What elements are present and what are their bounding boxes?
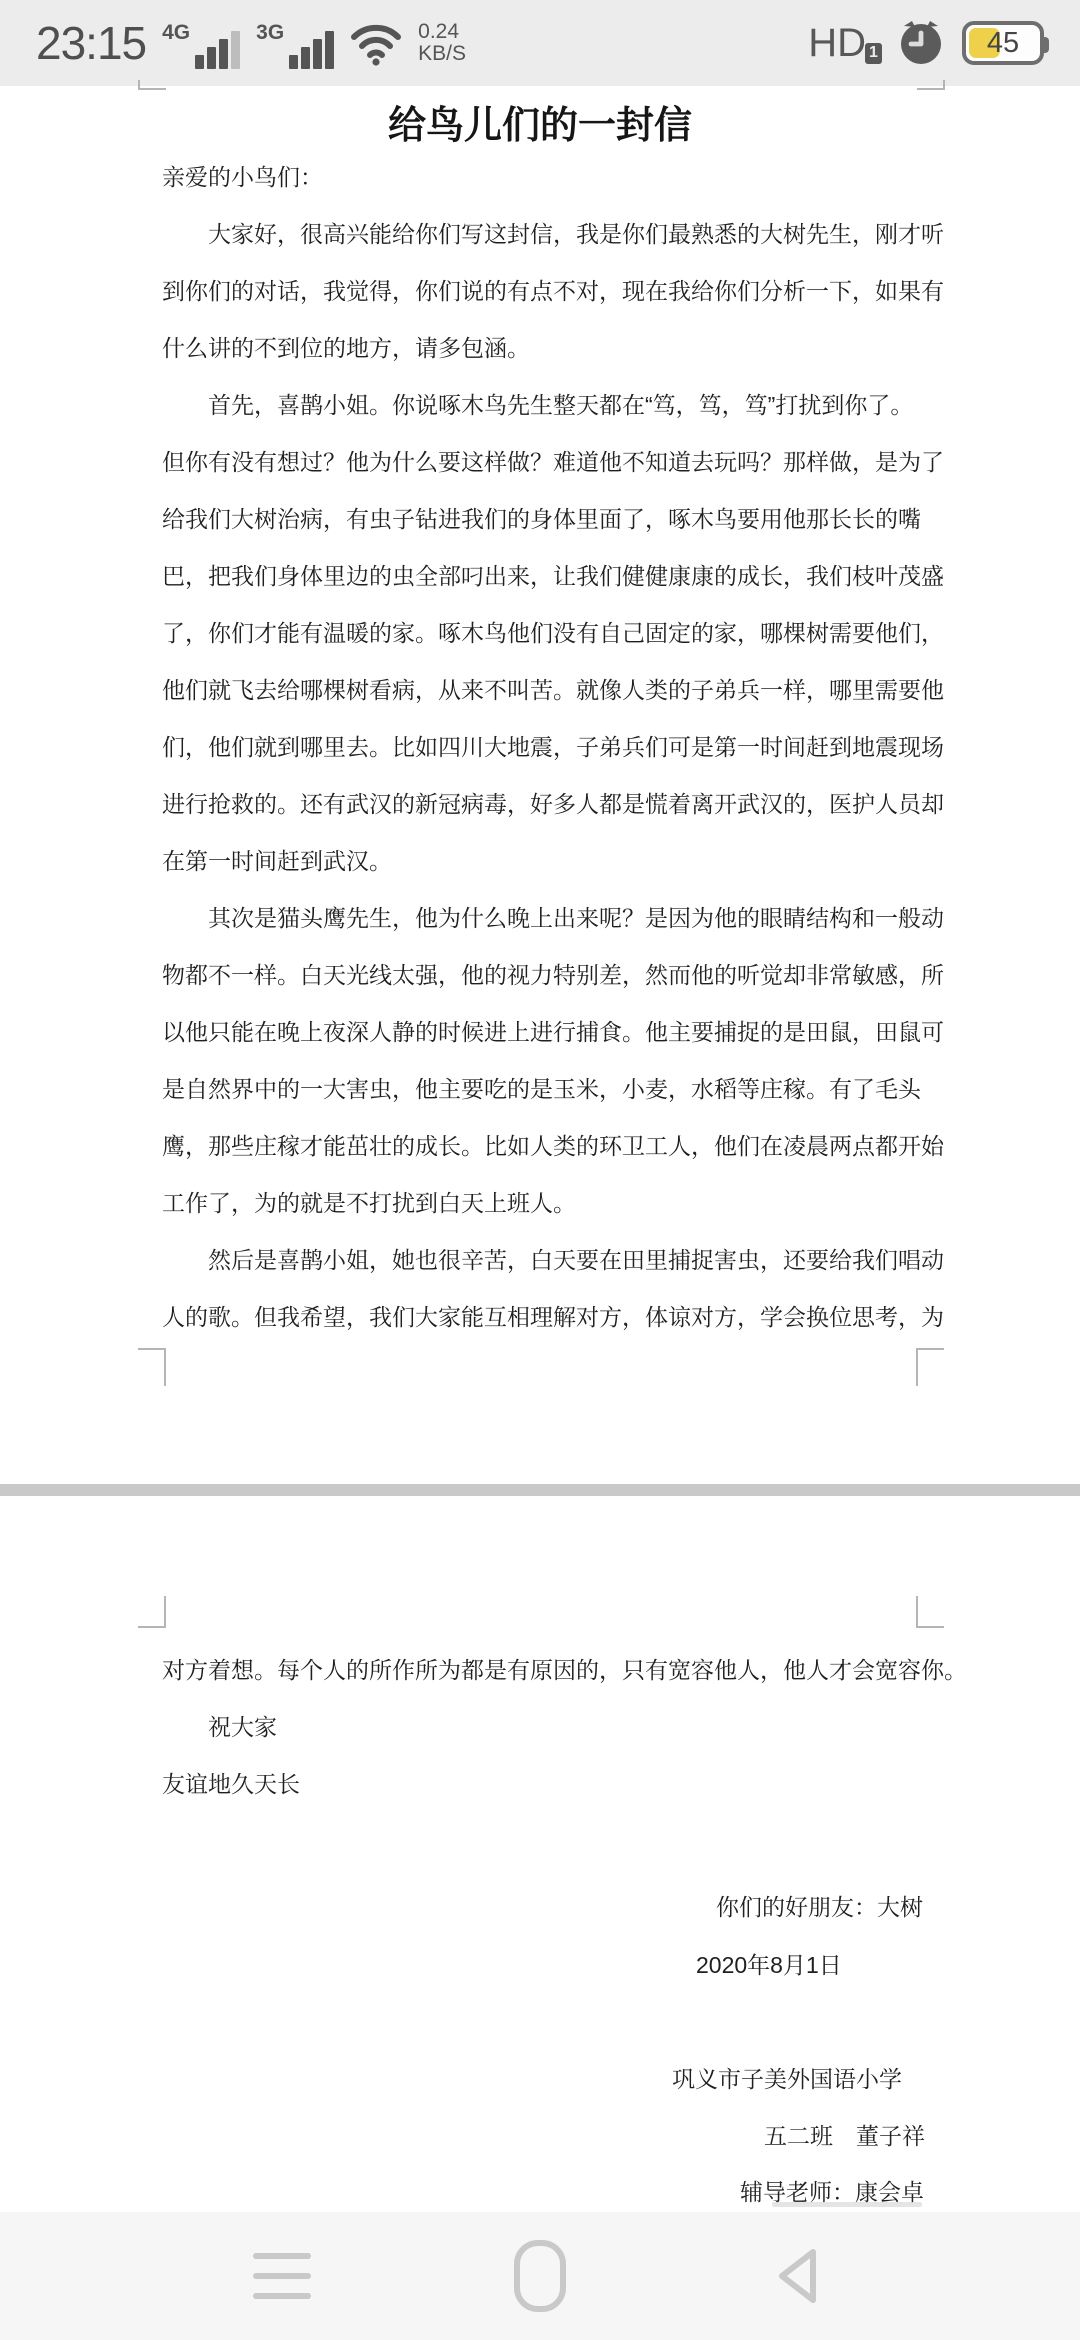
letter-text-line: 其次是猫头鹰先生，他为什么晚上出来呢？是因为他的眼睛结构和一般动 bbox=[162, 888, 982, 945]
back-icon bbox=[773, 2247, 823, 2305]
letter-text-line: 到你们的对话，我觉得，你们说的有点不对，现在我给你们分析一下，如果有 bbox=[162, 261, 982, 318]
page1-bottom-right-margin-mark bbox=[916, 1348, 944, 1386]
letter-text-line: 人的歌。但我希望，我们大家能互相理解对方，体谅对方，学会换位思考，为 bbox=[162, 1287, 982, 1344]
status-bar: 23:15 4G 3G bbox=[0, 0, 1080, 86]
sim2-network-type-label: 3G bbox=[256, 21, 284, 45]
battery-indicator: 45 bbox=[962, 21, 1044, 65]
wifi-icon bbox=[350, 19, 402, 67]
letter-text-line: 大家好，很高兴能给你们写这封信，我是你们最熟悉的大树先生，刚才听 bbox=[162, 204, 982, 261]
sim1-signal-icon: 4G bbox=[162, 17, 240, 69]
menu-icon bbox=[253, 2253, 311, 2299]
letter-text-line: 了，你们才能有温暖的家。啄木鸟他们没有自己固定的家，哪棵树需要他们， bbox=[162, 603, 982, 660]
letter-text-line: 什么讲的不到位的地方，请多包涵。 bbox=[162, 318, 982, 375]
letter-text-line: 然后是喜鹊小姐，她也很辛苦，白天要在田里捕捉害虫，还要给我们唱动 bbox=[162, 1230, 982, 1287]
letter-text-line: 巴，把我们身体里边的虫全部叼出来，让我们健健康康的成长，我们枝叶茂盛 bbox=[162, 546, 982, 603]
signature-school-line: 巩义市子美外国语小学 bbox=[672, 2049, 902, 2106]
volte-sim-badge: 1 bbox=[865, 43, 882, 64]
letter-text-line: 进行抢救的。还有武汉的新冠病毒，好多人都是慌着离开武汉的，医护人员却 bbox=[162, 774, 982, 831]
menu-button[interactable] bbox=[202, 2212, 362, 2340]
signature-friend-line: 你们的好朋友：大树 bbox=[716, 1877, 923, 1934]
home-icon bbox=[514, 2240, 566, 2312]
letter-text-line: 首先，喜鹊小姐。你说啄木鸟先生整天都在“笃，笃，笃”打扰到你了。 bbox=[162, 375, 982, 432]
home-button[interactable] bbox=[460, 2212, 620, 2340]
page1-top-left-margin-mark bbox=[138, 80, 166, 90]
signature-class-student-line: 五二班 董子祥 bbox=[764, 2106, 925, 2163]
page1-bottom-left-margin-mark bbox=[138, 1348, 166, 1386]
clipped-text-sliver bbox=[772, 2202, 922, 2207]
back-button[interactable] bbox=[718, 2212, 878, 2340]
page-break-divider bbox=[0, 1484, 1080, 1496]
signature-teacher-line: 辅导老师：康会卓 bbox=[740, 2162, 924, 2219]
volte-hd-icon: HD 1 bbox=[808, 21, 880, 66]
alarm-clock-icon bbox=[896, 18, 946, 68]
sim2-signal-icon: 3G bbox=[256, 17, 334, 69]
letter-text-line: 以他只能在晚上夜深人静的时候进上进行捕食。他主要捕捉的是田鼠，田鼠可 bbox=[162, 1002, 982, 1059]
letter-text-line: 对方着想。每个人的所作所为都是有原因的，只有宽容他人，他人才会宽容你。 bbox=[162, 1640, 982, 1697]
battery-percent-label: 45 bbox=[987, 27, 1019, 60]
letter-text-line: 给我们大树治病，有虫子钻进我们的身体里面了，啄木鸟要用他那长长的嘴 bbox=[162, 489, 982, 546]
letter-title: 给鸟儿们的一封信 bbox=[0, 94, 1080, 149]
page1-text: 亲爱的小鸟们： 大家好，很高兴能给你们写这封信，我是你们最熟悉的大树先生，刚才听… bbox=[162, 147, 982, 1344]
letter-text-line: 他们就飞去给哪棵树看病，从来不叫苦。就像人类的子弟兵一样，哪里需要他 bbox=[162, 660, 982, 717]
network-speed: 0.24 KB/S bbox=[418, 21, 466, 65]
letter-text-line: 鹰，那些庄稼才能茁壮的成长。比如人类的环卫工人，他们在凌晨两点都开始 bbox=[162, 1116, 982, 1173]
network-speed-unit: KB/S bbox=[418, 43, 466, 65]
page2-top-right-margin-mark bbox=[916, 1596, 944, 1628]
sim1-network-type-label: 4G bbox=[162, 21, 190, 45]
phone-screen: 23:15 4G 3G bbox=[0, 0, 1080, 2340]
clock-time: 23:15 bbox=[36, 16, 146, 70]
letter-text-line: 友谊地久天长 bbox=[162, 1754, 982, 1811]
document-viewer[interactable]: 给鸟儿们的一封信 亲爱的小鸟们： 大家好，很高兴能给你们写这封信，我是你们最熟悉… bbox=[0, 86, 1080, 2212]
letter-text-line: 亲爱的小鸟们： bbox=[162, 147, 982, 204]
letter-text-line: 祝大家 bbox=[162, 1697, 982, 1754]
letter-text-line: 在第一时间赶到武汉。 bbox=[162, 831, 982, 888]
letter-text-line: 但你有没有想过？他为什么要这样做？难道他不知道去玩吗？那样做，是为了 bbox=[162, 432, 982, 489]
letter-text-line: 是自然界中的一大害虫，他主要吃的是玉米，小麦，水稻等庄稼。有了毛头 bbox=[162, 1059, 982, 1116]
letter-text-line: 物都不一样。白天光线太强，他的视力特别差，然而他的听觉却非常敏感，所 bbox=[162, 945, 982, 1002]
signature-date-line: 2020年8月1日 bbox=[696, 1935, 842, 1992]
letter-text-line: 工作了，为的就是不打扰到白天上班人。 bbox=[162, 1173, 982, 1230]
nav-bar bbox=[0, 2212, 1080, 2340]
letter-text-line: 们，他们就到哪里去。比如四川大地震，子弟兵们可是第一时间赶到地震现场 bbox=[162, 717, 982, 774]
network-speed-value: 0.24 bbox=[418, 21, 466, 43]
page1-top-right-margin-mark bbox=[917, 80, 945, 90]
page2-text: 对方着想。每个人的所作所为都是有原因的，只有宽容他人，他人才会宽容你。 祝大家友… bbox=[162, 1640, 982, 1811]
page2-top-left-margin-mark bbox=[138, 1596, 166, 1628]
